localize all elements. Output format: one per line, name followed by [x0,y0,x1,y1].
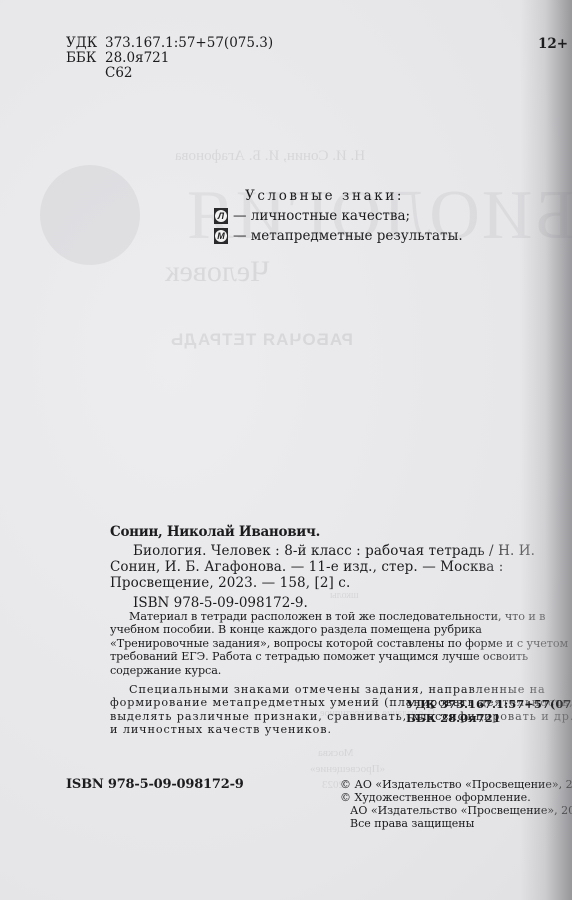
legend: Условные знаки: Л — личностные качества;… [213,186,463,246]
show-through-subtitle: Человек [165,255,270,289]
copyright-line-1: © АО «Издательство «Просвещение», 2021 [340,778,572,791]
copyright-line-3: АО «Издательство «Просвещение», 2021 [340,804,572,817]
copyright-line-2: © Художественное оформление. [340,791,572,804]
show-through-authors: Н. И. Сонин, И. Б. Агафонова [175,148,365,165]
personal-qualities-icon: Л [214,208,228,224]
show-through-publisher: «Просвещение» [310,763,385,775]
udk-bottom: УДК 373.167.1:57+57(075.3) [406,697,572,711]
udk-label: УДК [66,36,105,51]
classification-header: УДК 373.167.1:57+57(075.3) ББК 28.0я721 … [66,36,273,81]
biblio-author: Сонин, Николай Иванович. [110,524,572,540]
show-through-city: Москва [318,747,353,759]
udk-value: 373.167.1:57+57(075.3) [105,36,273,51]
legend-item-label: — личностные качества; [233,206,410,226]
legend-item-meta: М — метапредметные результаты. [213,226,463,246]
author-code-row: С62 [66,66,273,81]
udk-row: УДК 373.167.1:57+57(075.3) [66,36,273,51]
meta-subject-icon: М [214,228,228,244]
bbk-label: ББК [66,51,105,66]
legend-item-label: — метапредметные результаты. [233,226,463,246]
annotation-paragraph-1: Материал в тетради расположен в той же п… [110,610,572,677]
legend-title: Условные знаки: [213,186,463,206]
isbn: ISBN 978-5-09-098172-9 [66,777,244,792]
author-code: С62 [105,66,133,81]
show-through-workbook: РАБОЧАЯ ТЕТРАДЬ [170,330,353,350]
bbk-row: ББК 28.0я721 [66,51,273,66]
classification-footer: УДК 373.167.1:57+57(075.3) ББК 28.0я721 [406,697,572,725]
bibliographic-record: Сонин, Николай Иванович. С62 Биология. Ч… [110,524,572,611]
bbk-value: 28.0я721 [105,51,169,66]
legend-item-personal: Л — личностные качества; [213,206,463,226]
copyright-block: © АО «Издательство «Просвещение», 2021 ©… [340,778,572,830]
age-rating: 12+ [538,36,568,52]
bbk-bottom: ББК 28.0я721 [406,711,572,725]
copyright-line-4: Все права защищены [340,817,572,830]
biblio-isbn: ISBN 978-5-09-098172-9. [110,595,572,611]
show-through-logo [40,165,140,265]
biblio-code: С62 [65,546,93,562]
book-imprint-page: Н. И. Сонин, И. Б. Агафонова БИОЛОГИЯ Че… [0,0,572,900]
biblio-description: Биология. Человек : 8-й класс : рабочая … [110,543,572,591]
